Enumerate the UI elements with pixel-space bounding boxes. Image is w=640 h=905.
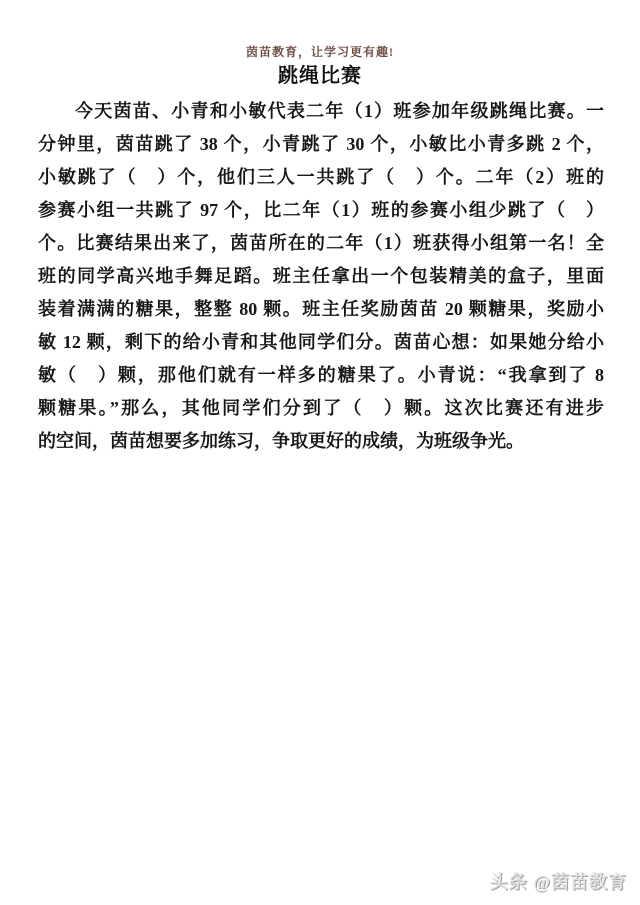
- brand-tagline: 茵苗教育，让学习更有趣!: [0, 43, 640, 60]
- story-line: 今天茵苗、小青和小敏代表二年（1）班参加年级跳绳比赛。一: [38, 95, 604, 128]
- story-line: 敏（ ）颗，那他们就有一样多的糖果了。小青说：“我拿到了 8: [38, 359, 604, 392]
- watermark-label: 头条 @茵苗教育: [490, 868, 627, 894]
- story-line: 班的同学高兴地手舞足蹈。班主任拿出一个包装精美的盒子，里面: [38, 260, 604, 293]
- story-line: 敏 12 颗，剩下的给小青和其他同学们分。茵苗心想：如果她分给小: [38, 326, 604, 359]
- story-line: 参赛小组一共跳了 97 个，比二年（1）班的参赛小组少跳了（ ）: [38, 194, 604, 227]
- story-line: 装着满满的糖果，整整 80 颗。班主任奖励茵苗 20 颗糖果，奖励小: [38, 293, 604, 326]
- worksheet-page: 茵苗教育，让学习更有趣! 跳绳比赛 今天茵苗、小青和小敏代表二年（1）班参加年级…: [0, 0, 640, 905]
- story-line: 个。比赛结果出来了，茵苗所在的二年（1）班获得小组第一名！全: [38, 227, 604, 260]
- story-paragraph: 今天茵苗、小青和小敏代表二年（1）班参加年级跳绳比赛。一分钟里，茵苗跳了 38 …: [38, 95, 604, 458]
- page-title: 跳绳比赛: [0, 59, 640, 88]
- story-line: 的空间，茵苗想要多加练习，争取更好的成绩，为班级争光。: [38, 425, 604, 458]
- story-line: 小敏跳了（ ）个，他们三人一共跳了（ ）个。二年（2）班的: [38, 161, 604, 194]
- story-line: 分钟里，茵苗跳了 38 个，小青跳了 30 个，小敏比小青多跳 2 个，: [38, 128, 604, 161]
- story-line: 颗糖果。”那么，其他同学们分到了（ ）颗。这次比赛还有进步: [38, 392, 604, 425]
